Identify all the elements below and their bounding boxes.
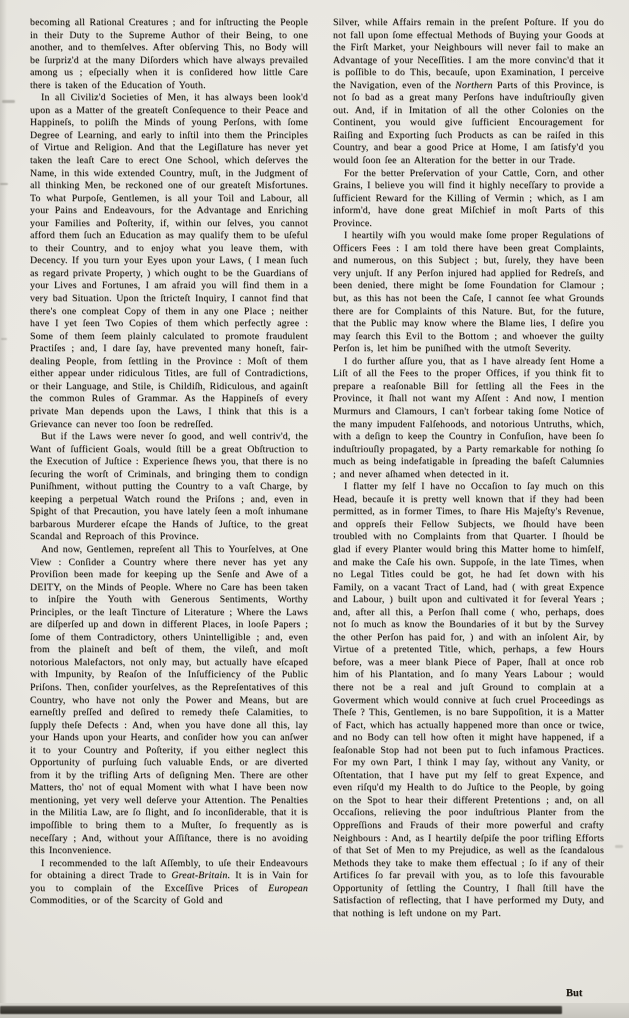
text-column-right: Silver, while Affairs remain in the preſ… <box>333 17 604 975</box>
paragraph: And now, Gentlemen, repreſent all This t… <box>30 544 308 858</box>
paragraph: Silver, while Affairs remain in the preſ… <box>333 17 604 168</box>
paragraph: But if the Laws were never ſo good, and … <box>30 431 308 544</box>
paragraph: For the better Preſervation of your Catt… <box>333 168 604 231</box>
ink-smudge <box>615 845 623 848</box>
page-edge-shadow <box>0 0 7 1018</box>
paragraph: I recommended to the laſt Aſſembly, to u… <box>30 858 308 908</box>
paragraph: becoming all Rational Creatures ; and fo… <box>30 17 308 92</box>
document-page: becoming all Rational Creatures ; and fo… <box>0 0 629 1018</box>
ink-smudge <box>1 338 7 340</box>
paragraph: I do further aſſure you, that as I have … <box>333 356 604 481</box>
catchword: But <box>566 988 582 999</box>
paragraph: In all Civiliz'd Societies of Men, it ha… <box>30 92 308 431</box>
scan-edge-shadow <box>0 1006 562 1014</box>
paragraph: I flatter my ſelf I have no Occaſion to … <box>333 481 604 920</box>
paragraph: I heartily wiſh you would make ſome prop… <box>333 230 604 355</box>
ink-smudge <box>0 183 8 185</box>
text-column-left: becoming all Rational Creatures ; and fo… <box>30 17 308 975</box>
ink-smudge <box>2 100 15 103</box>
